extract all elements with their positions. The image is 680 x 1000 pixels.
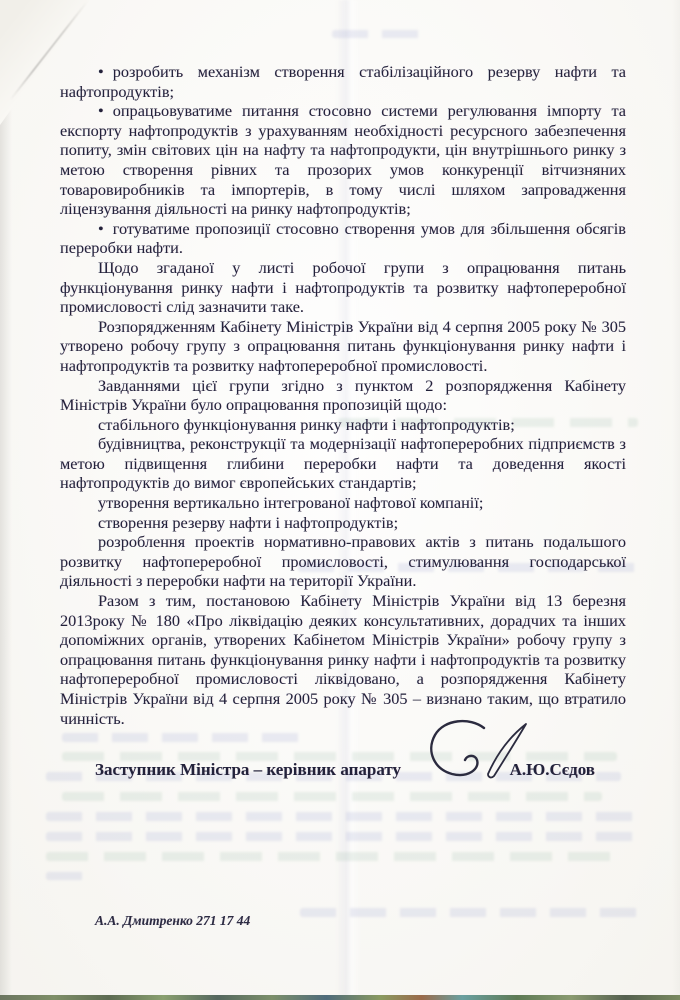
bullet-text: опрацьовуватиме питання стосовно системи… [60, 101, 626, 218]
bullet-icon: • [98, 62, 104, 81]
bullet-text: готуватиме пропозиції стосовно створення… [60, 219, 626, 258]
scan-edge-strip [0, 995, 680, 1000]
bleedthrough-artifact [332, 30, 428, 38]
bleedthrough-artifact [62, 792, 602, 801]
bleedthrough-artifact [62, 733, 312, 742]
bullet-text: розробить механізм створення стабілізаці… [60, 62, 626, 101]
bullet-item: •опрацьовуватиме питання стосовно систем… [60, 101, 626, 219]
list-item: стабільного функціонування ринку нафти і… [60, 415, 626, 435]
bullet-item: •розробить механізм створення стабілізац… [60, 62, 626, 101]
handwritten-signature [424, 716, 542, 784]
paragraph: Щодо згаданої у листі робочої групи з оп… [60, 258, 626, 317]
list-item: розроблення проектів нормативно-правових… [60, 532, 626, 591]
bleedthrough-artifact [46, 852, 614, 861]
executor-contact: А.А. Дмитренко 271 17 44 [95, 913, 250, 929]
bleedthrough-artifact [46, 832, 644, 841]
list-item: будівництва, реконструкції та модернізац… [60, 434, 626, 493]
paragraph: Завданнями цієї групи згідно з пунктом 2… [60, 376, 626, 415]
letter-body: •розробить механізм створення стабілізац… [60, 62, 626, 728]
paragraph: Розпорядженням Кабінету Міністрів Україн… [60, 317, 626, 376]
scanned-letter-page: •розробить механізм створення стабілізац… [0, 0, 680, 1000]
bleedthrough-artifact [46, 872, 90, 880]
bullet-icon: • [98, 101, 104, 120]
list-item: створення резерву нафти і нафтопродуктів… [60, 513, 626, 533]
bullet-item: •готуватиме пропозиції стосовно створенн… [60, 219, 626, 258]
bleedthrough-artifact [46, 812, 634, 821]
bullet-icon: • [98, 219, 104, 238]
closing-paragraph: Разом з тим, постановою Кабінету Міністр… [60, 591, 626, 728]
signer-title: Заступник Міністра – керівник апарату [95, 760, 401, 780]
bleedthrough-artifact [300, 908, 640, 917]
list-item: утворення вертикально інтегрованої нафто… [60, 493, 626, 513]
